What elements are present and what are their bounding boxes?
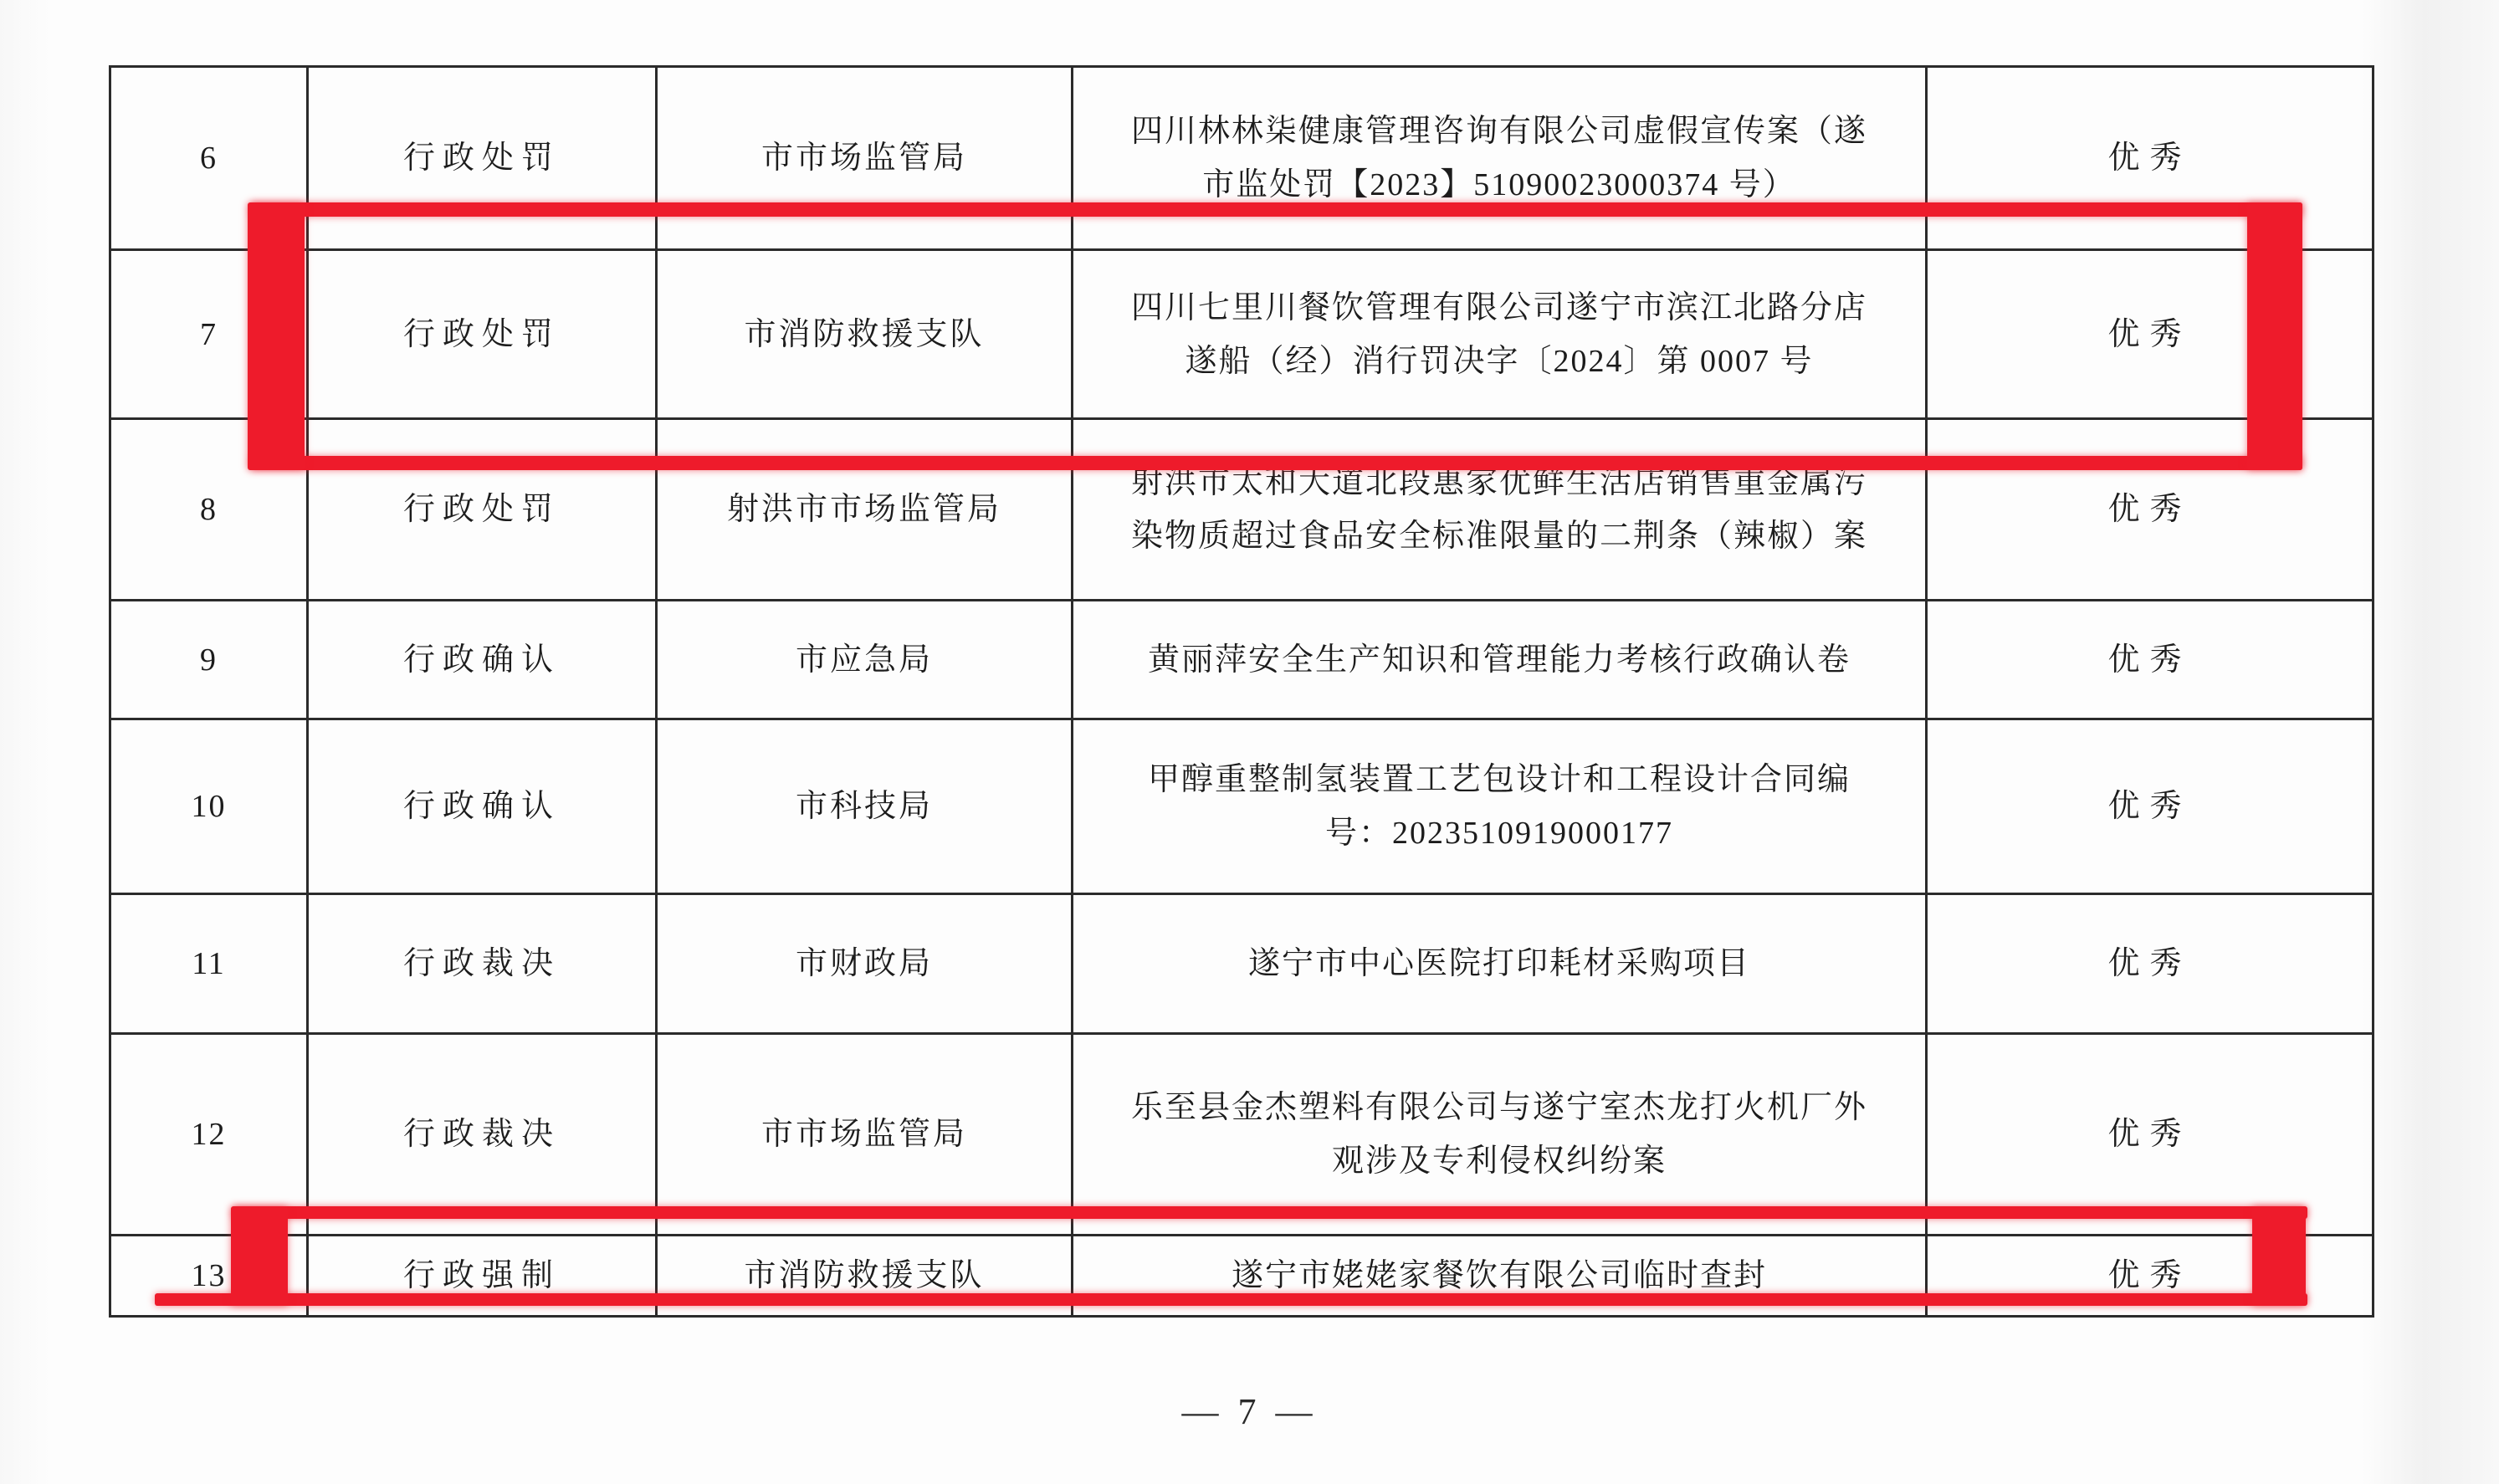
- highlight-box-row7-right-edge: [2247, 202, 2302, 470]
- cell-agency: 市科技局: [657, 719, 1073, 894]
- cell-case-title: 四川七里川餐饮管理有限公司遂宁市滨江北路分店 遂船（经）消行罚决字〔2024〕第…: [1073, 250, 1927, 419]
- table-row: 12 行政裁决 市市场监管局 乐至县金杰塑料有限公司与遂宁室杰龙打火机厂外 观涉…: [110, 1034, 2374, 1236]
- cell-action-type: 行政处罚: [308, 250, 657, 419]
- cell-agency: 射洪市市场监管局: [657, 419, 1073, 601]
- table-row: 8 行政处罚 射洪市市场监管局 射洪市太和大道北段惠家优鲜生活店销售重金属污 染…: [110, 419, 2374, 601]
- highlight-box-row7-left-edge: [248, 202, 305, 470]
- cell-rating: 优秀: [1927, 1034, 2374, 1236]
- cell-rating: 优秀: [1927, 894, 2374, 1034]
- cell-agency: 市消防救援支队: [657, 250, 1073, 419]
- cell-rating: 优秀: [1927, 250, 2374, 419]
- highlight-box-row13-left-edge: [231, 1206, 288, 1306]
- cell-action-type: 行政确认: [308, 601, 657, 719]
- highlight-box-row13-bottom-edge: [155, 1293, 2307, 1306]
- cell-action-type: 行政裁决: [308, 894, 657, 1034]
- table-row: 7 行政处罚 市消防救援支队 四川七里川餐饮管理有限公司遂宁市滨江北路分店 遂船…: [110, 250, 2374, 419]
- cell-case-title: 遂宁市中心医院打印耗材采购项目: [1073, 894, 1927, 1034]
- cell-rating: 优秀: [1927, 719, 2374, 894]
- cell-case-title: 四川林林柒健康管理咨询有限公司虚假宣传案（遂 市监处罚【2023】5109002…: [1073, 67, 1927, 250]
- cell-action-type: 行政处罚: [308, 419, 657, 601]
- scanned-document-page: 6 行政处罚 市市场监管局 四川林林柒健康管理咨询有限公司虚假宣传案（遂 市监处…: [0, 0, 2499, 1484]
- cases-table: 6 行政处罚 市市场监管局 四川林林柒健康管理咨询有限公司虚假宣传案（遂 市监处…: [109, 65, 2374, 1318]
- table-row: 11 行政裁决 市财政局 遂宁市中心医院打印耗材采购项目 优秀: [110, 894, 2374, 1034]
- table-row: 10 行政确认 市科技局 甲醇重整制氢装置工艺包设计和工程设计合同编 号：202…: [110, 719, 2374, 894]
- highlight-box-row13-right-edge: [2252, 1206, 2306, 1306]
- cell-agency: 市财政局: [657, 894, 1073, 1034]
- cell-rating: 优秀: [1927, 601, 2374, 719]
- cell-row-number: 12: [110, 1034, 308, 1236]
- table-row: 6 行政处罚 市市场监管局 四川林林柒健康管理咨询有限公司虚假宣传案（遂 市监处…: [110, 67, 2374, 250]
- page-number: — 7 —: [0, 1390, 2499, 1433]
- highlight-box-row13-top-edge: [233, 1206, 2307, 1219]
- cell-action-type: 行政确认: [308, 719, 657, 894]
- cell-case-title: 射洪市太和大道北段惠家优鲜生活店销售重金属污 染物质超过食品安全标准限量的二荆条…: [1073, 419, 1927, 601]
- cell-rating: 优秀: [1927, 67, 2374, 250]
- cell-case-title: 黄丽萍安全生产知识和管理能力考核行政确认卷: [1073, 601, 1927, 719]
- highlight-box-row7-top-edge: [251, 202, 2302, 217]
- table-row: 9 行政确认 市应急局 黄丽萍安全生产知识和管理能力考核行政确认卷 优秀: [110, 601, 2374, 719]
- cell-agency: 市市场监管局: [657, 1034, 1073, 1236]
- cell-rating: 优秀: [1927, 419, 2374, 601]
- cell-case-title: 甲醇重整制氢装置工艺包设计和工程设计合同编 号：2023510919000177: [1073, 719, 1927, 894]
- cell-action-type: 行政裁决: [308, 1034, 657, 1236]
- cell-action-type: 行政处罚: [308, 67, 657, 250]
- cell-row-number: 9: [110, 601, 308, 719]
- cell-case-title: 乐至县金杰塑料有限公司与遂宁室杰龙打火机厂外 观涉及专利侵权纠纷案: [1073, 1034, 1927, 1236]
- cell-row-number: 11: [110, 894, 308, 1034]
- cell-agency: 市应急局: [657, 601, 1073, 719]
- cell-row-number: 10: [110, 719, 308, 894]
- highlight-box-row7-bottom-edge: [251, 456, 2302, 470]
- cell-agency: 市市场监管局: [657, 67, 1073, 250]
